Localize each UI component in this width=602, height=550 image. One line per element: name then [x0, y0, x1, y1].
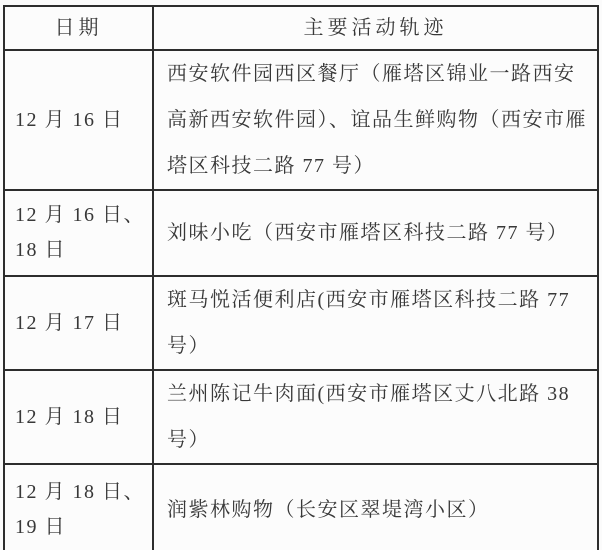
- table-row: 12 月 18 日、 19 日 润紫林购物（长安区翠堤湾小区）: [4, 464, 598, 550]
- activity-track-page: 日期 主要活动轨迹 12 月 16 日 西安软件园西区餐厅（雁塔区锦业一路西安高…: [0, 0, 602, 550]
- date-cell: 12 月 17 日: [4, 276, 153, 370]
- activity-cell: 兰州陈记牛肉面(西安市雁塔区丈八北路 38 号）: [153, 370, 598, 464]
- date-cell: 12 月 16 日: [4, 50, 153, 190]
- date-cell: 12 月 16 日、 18 日: [4, 190, 153, 276]
- date-cell: 12 月 18 日、 19 日: [4, 464, 153, 550]
- table-header-row: 日期 主要活动轨迹: [4, 6, 598, 50]
- activity-cell: 刘味小吃（西安市雁塔区科技二路 77 号）: [153, 190, 598, 276]
- activity-cell: 斑马悦活便利店(西安市雁塔区科技二路 77 号）: [153, 276, 598, 370]
- table-row: 12 月 18 日 兰州陈记牛肉面(西安市雁塔区丈八北路 38 号）: [4, 370, 598, 464]
- date-cell: 12 月 18 日: [4, 370, 153, 464]
- activity-cell: 西安软件园西区餐厅（雁塔区锦业一路西安高新西安软件园）、谊品生鲜购物（西安市雁塔…: [153, 50, 598, 190]
- table-row: 12 月 16 日、 18 日 刘味小吃（西安市雁塔区科技二路 77 号）: [4, 190, 598, 276]
- activity-track-table: 日期 主要活动轨迹 12 月 16 日 西安软件园西区餐厅（雁塔区锦业一路西安高…: [3, 5, 599, 550]
- header-activity: 主要活动轨迹: [153, 6, 598, 50]
- activity-cell: 润紫林购物（长安区翠堤湾小区）: [153, 464, 598, 550]
- table-row: 12 月 17 日 斑马悦活便利店(西安市雁塔区科技二路 77 号）: [4, 276, 598, 370]
- table-row: 12 月 16 日 西安软件园西区餐厅（雁塔区锦业一路西安高新西安软件园）、谊品…: [4, 50, 598, 190]
- header-date: 日期: [4, 6, 153, 50]
